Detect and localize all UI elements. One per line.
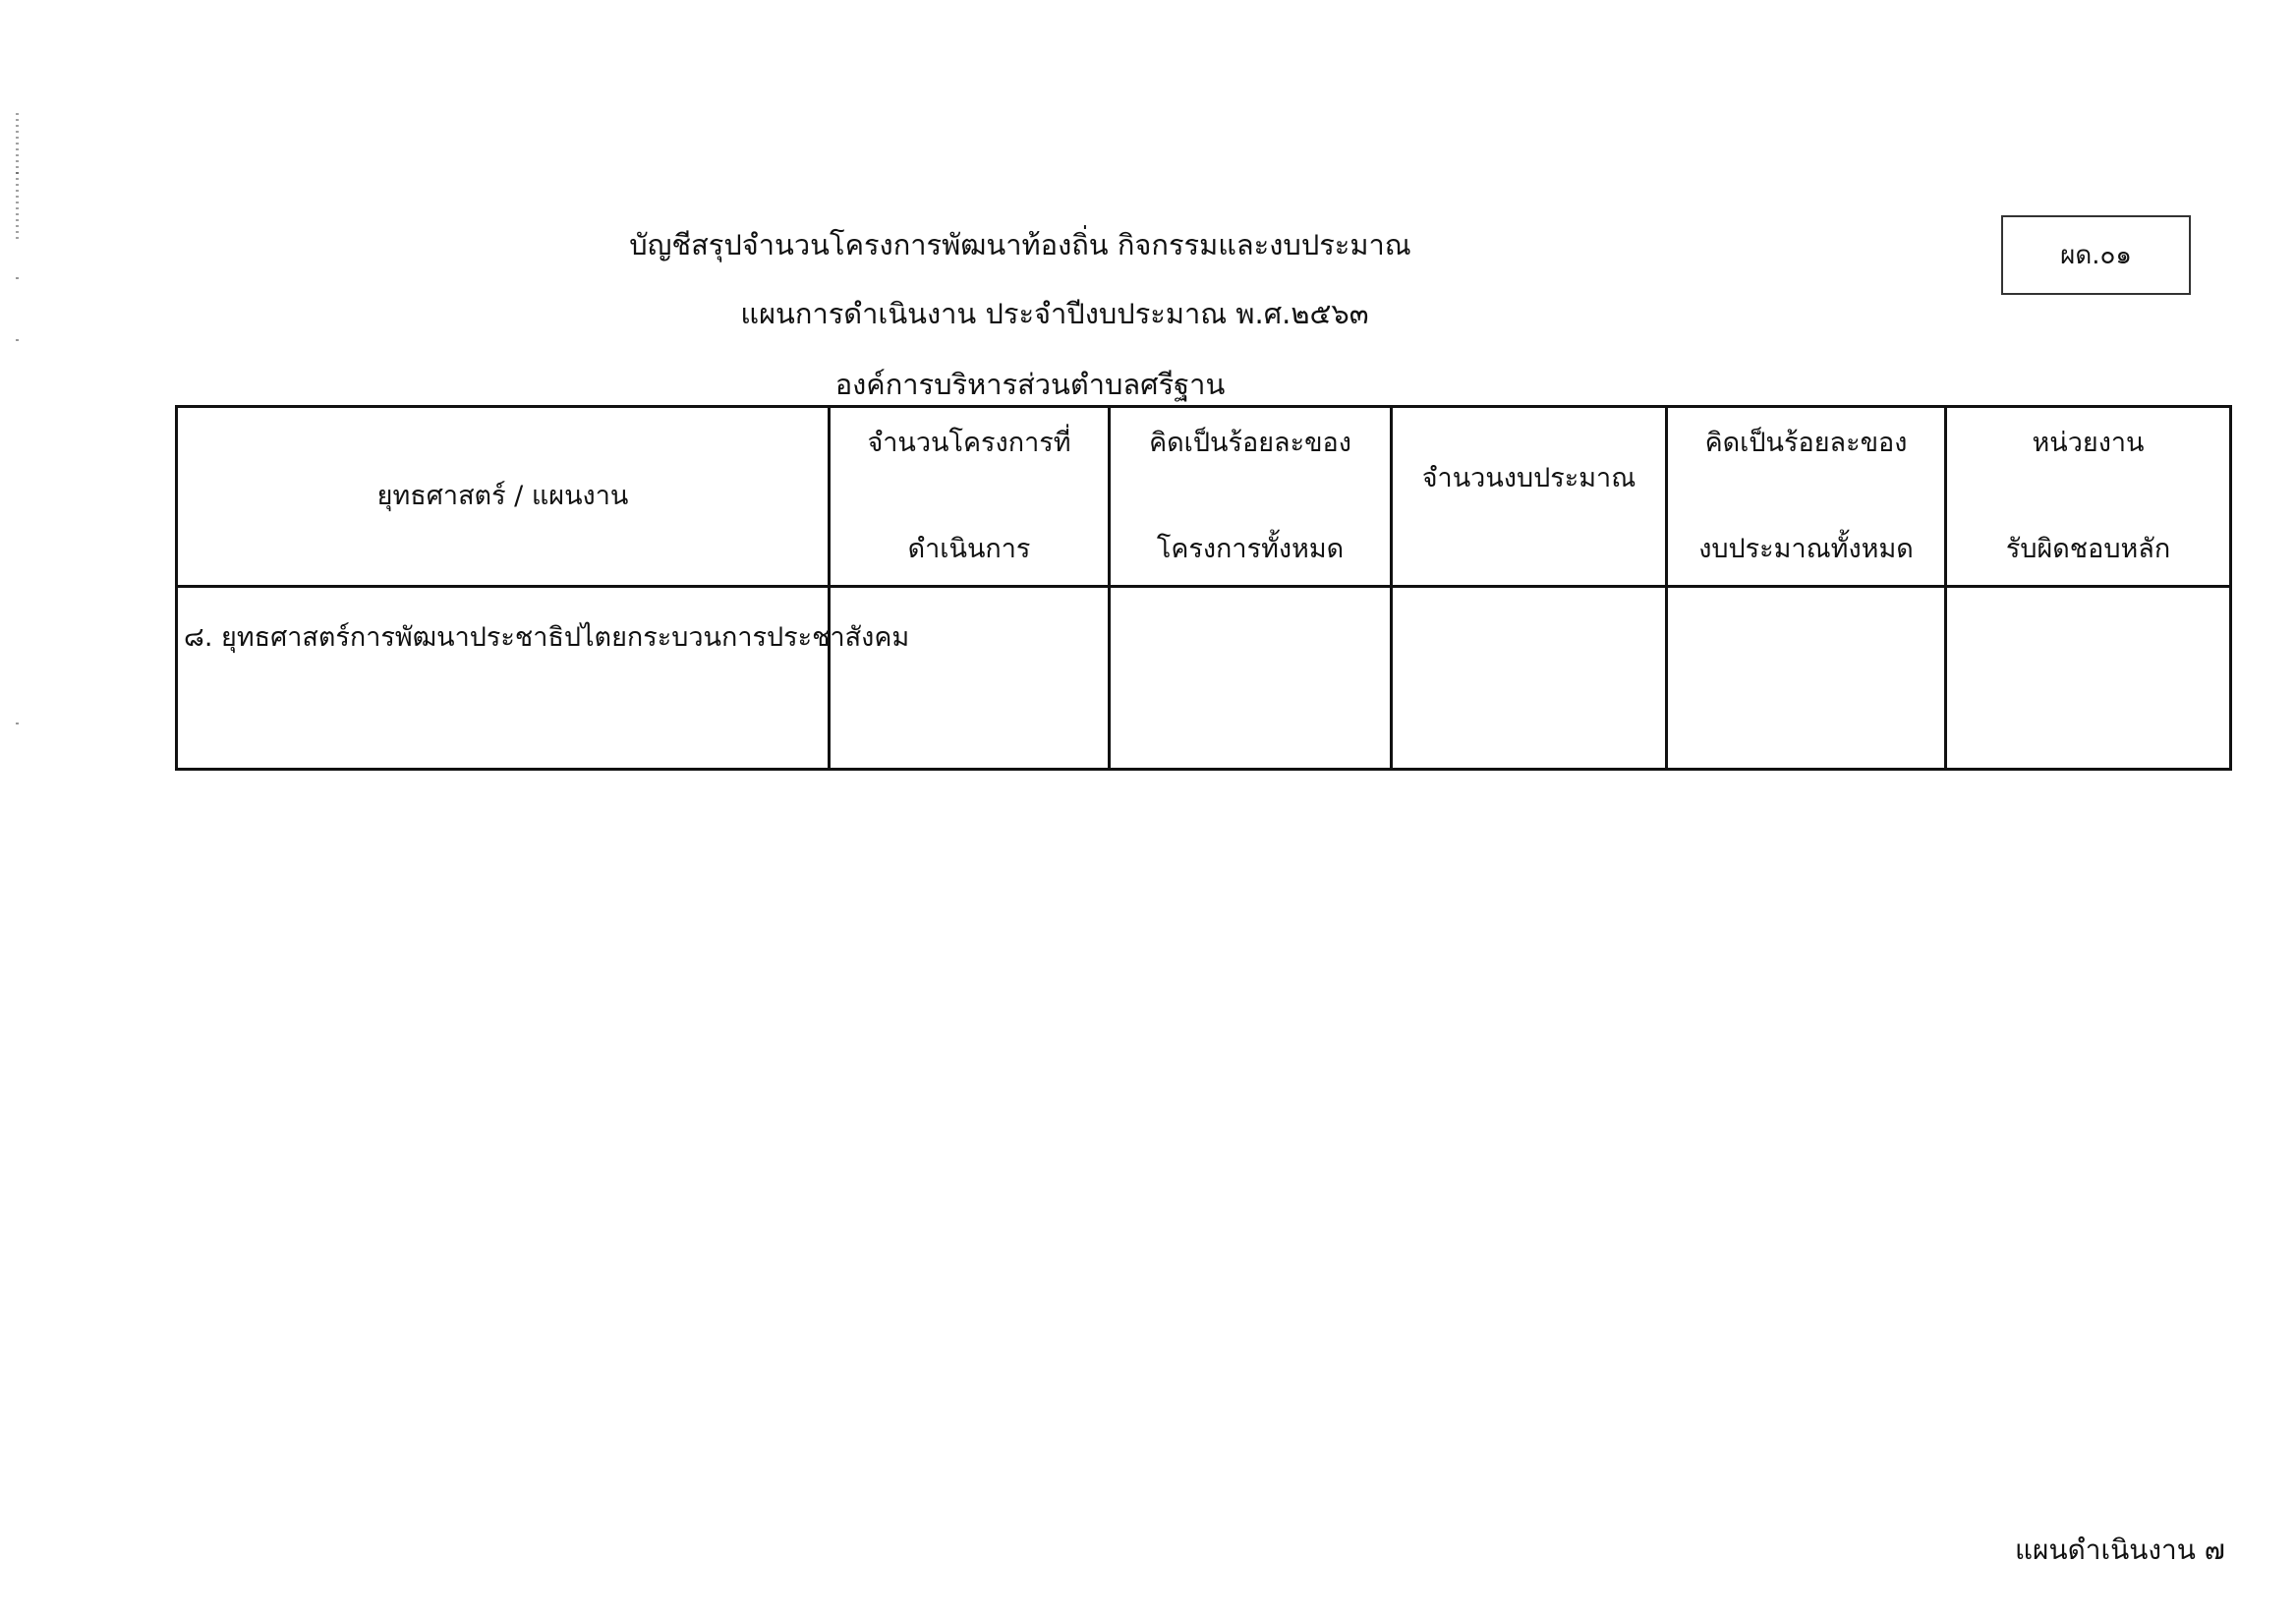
cell-budget-amount (1392, 587, 1667, 770)
form-code-box: ผด.๐๑ (2001, 215, 2191, 295)
strategy-label: ๘. ยุทธศาสตร์การพัฒนาประชาธิปไตยกระบวนกา… (178, 588, 828, 658)
cell-strategy: ๘. ยุทธศาสตร์การพัฒนาประชาธิปไตยกระบวนกา… (177, 587, 830, 770)
table-row: ๘. ยุทธศาสตร์การพัฒนาประชาธิปไตยกระบวนกา… (177, 587, 2231, 770)
table-header-row: ยุทธศาสตร์ / แผนงาน จำนวนโครงการที่ดำเนิ… (177, 407, 2231, 587)
page-footer: แผนดำเนินงาน ๗ (2015, 1529, 2225, 1572)
document-title: บัญชีสรุปจำนวนโครงการพัฒนาท้องถิ่น กิจกร… (0, 231, 2168, 260)
header-budget-percent: คิดเป็นร้อยละของงบประมาณทั้งหมด (1667, 407, 1946, 587)
scan-artifact (16, 172, 19, 174)
header-strategy: ยุทธศาสตร์ / แผนงาน (177, 407, 830, 587)
header-project-percent: คิดเป็นร้อยละของโครงการทั้งหมด (1110, 407, 1392, 587)
header-responsible-unit: หน่วยงานรับผิดชอบหลัก (1946, 407, 2231, 587)
document-subtitle: แผนการดำเนินงาน ประจำปีงบประมาณ พ.ศ.๒๕๖๓ (0, 300, 2203, 328)
cell-responsible-unit (1946, 587, 2231, 770)
cell-project-count (830, 587, 1110, 770)
header-budget-amount: จำนวนงบประมาณ (1392, 407, 1667, 587)
scan-artifact (16, 723, 19, 724)
form-code: ผด.๐๑ (2060, 235, 2132, 275)
header-project-count: จำนวนโครงการที่ดำเนินการ (830, 407, 1110, 587)
cell-project-percent (1110, 587, 1392, 770)
summary-table: ยุทธศาสตร์ / แผนงาน จำนวนโครงการที่ดำเนิ… (175, 405, 2232, 771)
organization-name: องค์การบริหารส่วนตำบลศรีฐาน (0, 371, 2178, 399)
cell-budget-percent (1667, 587, 1946, 770)
scan-artifact (16, 113, 19, 241)
scan-artifact (16, 277, 19, 279)
scan-artifact (16, 339, 19, 341)
